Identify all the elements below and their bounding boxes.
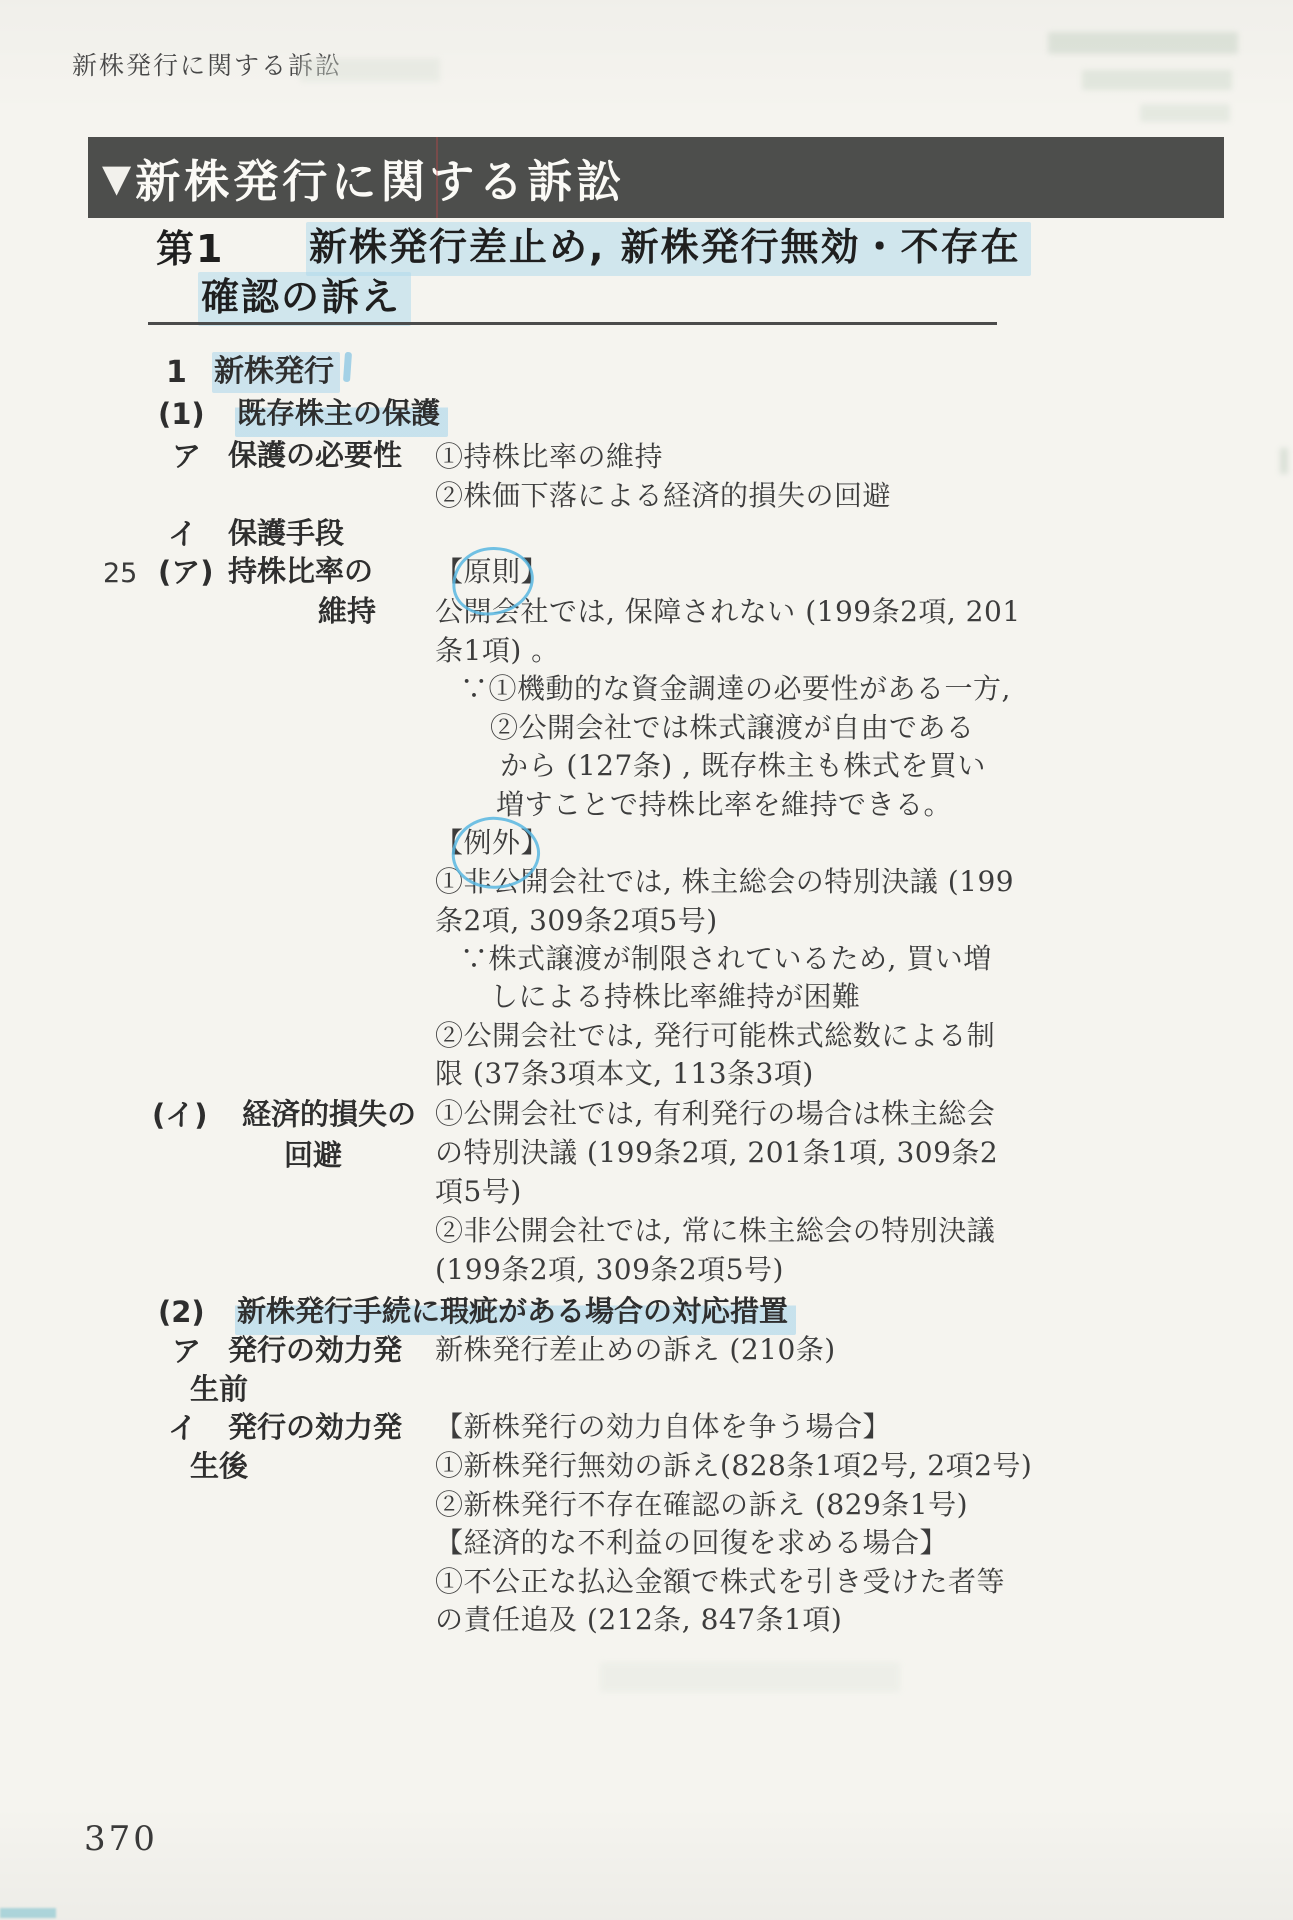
outline-1-1-label: 既存株主の保護 xyxy=(235,397,448,430)
content-line: ②公開会社では株式譲渡が自由である xyxy=(490,712,975,744)
section-banner: ▼ 新株発行に関する訴訟 xyxy=(88,137,1224,218)
outline-i2-label2: 生後 xyxy=(190,1450,248,1483)
content-line: ①非公開会社では, 株主総会の特別決議 (199 xyxy=(435,866,1014,898)
outline-ap-label1: 持株比率の xyxy=(228,555,373,588)
content-line: ∵株式譲渡が制限されているため, 買い増 xyxy=(460,943,992,975)
content-line: の特別決議 (199条2項, 201条1項, 309条2 xyxy=(435,1137,998,1169)
outline-1-number: 1 xyxy=(166,356,187,391)
content-line: 【例外】 xyxy=(435,827,549,859)
outline-i2-label1: 発行の効力発 xyxy=(228,1411,402,1444)
outline-a1-label: 保護の必要性 xyxy=(228,439,402,472)
outline-1-2-label: 新株発行手続に瑕疵がある場合の対応措置 xyxy=(235,1295,796,1328)
content-line: 【原則】 xyxy=(435,556,549,588)
heading-title-line2: 確認の訴え xyxy=(198,276,411,320)
heading-rule xyxy=(148,322,997,325)
content-line: の責任追及 (212条, 847条1項) xyxy=(435,1604,842,1636)
content-line: 条2項, 309条2項5号) xyxy=(435,905,718,937)
outline-ip-number: (イ) xyxy=(152,1099,208,1132)
running-head: 新株発行に関する訴訟 xyxy=(72,52,342,81)
content-line: 新株発行差止めの訴え (210条) xyxy=(435,1334,836,1366)
content-line: 増すことで持株比率を維持できる。 xyxy=(496,789,952,821)
scan-artifact-line xyxy=(436,137,438,218)
outline-i2-number: イ xyxy=(168,1412,197,1445)
content-line: ∵①機動的な資金調達の必要性がある一方, xyxy=(460,673,1011,705)
content-line: ①新株発行無効の訴え(828条1項2号, 2項2号) xyxy=(435,1450,1032,1482)
book-page: 新株発行に関する訴訟 ▼ 新株発行に関する訴訟 第1 新株発行差止め, 新株発行… xyxy=(0,0,1293,1920)
outline-1-1-number: (1) xyxy=(158,398,205,431)
content-line: しによる持株比率維持が困難 xyxy=(490,981,861,1013)
page-number: 370 xyxy=(84,1820,158,1859)
outline-i1-number: イ xyxy=(168,518,197,551)
outline-i1-label: 保護手段 xyxy=(228,517,344,550)
content-line: 【新株発行の効力自体を争う場合】 xyxy=(435,1411,891,1443)
content-line: (199条2項, 309条2項5号) xyxy=(435,1254,784,1286)
outline-a2-label1: 発行の効力発 xyxy=(228,1334,402,1367)
outline-a1-number: ア xyxy=(172,440,201,473)
content-line: ②非公開会社では, 常に株主総会の特別決議 xyxy=(435,1215,995,1247)
content-line: ②公開会社では, 発行可能株式総数による制 xyxy=(435,1020,995,1052)
scan-artifact-edge xyxy=(0,1908,56,1918)
content-line: ①持株比率の維持 xyxy=(435,441,663,473)
outline-ap-number: (ア) xyxy=(158,556,214,589)
content-line: ①不公正な払込金額で株式を引き受けた者等 xyxy=(435,1566,1005,1598)
page-bleed-through xyxy=(1082,70,1232,90)
content-line: から (127条) , 既存株主も株式を買い xyxy=(500,750,986,782)
content-line: ①公開会社では, 有利発行の場合は株主総会 xyxy=(435,1098,995,1130)
outline-ip-label1: 経済的損失の xyxy=(242,1098,416,1131)
section-banner-title: 新株発行に関する訴訟 xyxy=(135,145,625,210)
heading-title-line1: 新株発行差止め, 新株発行無効・不存在 xyxy=(306,226,1031,270)
page-bleed-through xyxy=(600,1662,900,1692)
triangle-marker-icon: ▼ xyxy=(102,159,131,197)
heading-highlight: 新株発行差止め, 新株発行無効・不存在 xyxy=(306,222,1031,276)
content-line: ②株価下落による経済的損失の回避 xyxy=(435,480,891,512)
page-bleed-through xyxy=(1048,32,1238,54)
margin-line-number: 25 xyxy=(103,558,137,589)
content-line: 公開会社では, 保障されない (199条2項, 201 xyxy=(435,596,1021,628)
content-line: 【経済的な不利益の回復を求める場合】 xyxy=(435,1527,948,1559)
outline-a2-number: ア xyxy=(172,1335,201,1368)
outline-1-2-number: (2) xyxy=(158,1296,205,1329)
content-line: ②新株発行不存在確認の訴え (829条1号) xyxy=(435,1489,968,1521)
heading-number: 第1 xyxy=(156,228,224,272)
content-line: 項5号) xyxy=(435,1176,522,1208)
outline-ap-label2: 維持 xyxy=(318,595,376,628)
page-bleed-through xyxy=(1140,104,1230,122)
page-bleed-through xyxy=(1280,448,1288,474)
pen-tick-annotation xyxy=(343,352,352,382)
content-line: 限 (37条3項本文, 113条3項) xyxy=(435,1058,814,1090)
heading-highlight: 確認の訴え xyxy=(198,272,411,326)
outline-ip-label2: 回避 xyxy=(284,1139,342,1172)
content-line: 条1項) 。 xyxy=(435,635,560,667)
outline-1-label: 新株発行 xyxy=(212,355,340,390)
outline-a2-label2: 生前 xyxy=(190,1373,248,1406)
